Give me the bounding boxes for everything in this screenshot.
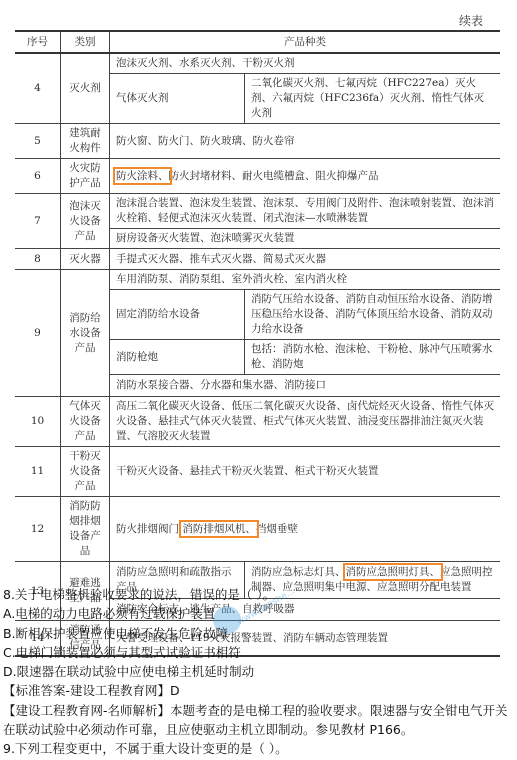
row-category: 消防给水设备产品: [61, 270, 110, 397]
header-product-types: 产品种类: [110, 31, 501, 53]
row-category: 消防防烟排烟设备产品: [61, 497, 110, 562]
row-category: 建筑耐火构件: [61, 124, 110, 159]
table-header-row: 序号 类别 产品种类: [15, 31, 500, 53]
product-cell: 干粉灭火设备、悬挂式干粉灭火装置、柜式干粉灭火装置: [110, 447, 501, 497]
answer-value: D: [170, 683, 180, 698]
table-row: 6 火灾防护产品 防火涂料、防火封堵材料、耐火电缆槽盒、阻火抑爆产品: [15, 159, 500, 194]
option-a: A.电梯的动力电路必须有过载保护装置: [3, 604, 515, 623]
row-category: 泡沫灭火设备产品: [61, 194, 110, 249]
product-cell: 防火排烟阀门 消防排烟风机、挡烟垂壁: [110, 497, 501, 562]
row-category: 干粉灭火设备产品: [61, 447, 110, 497]
header-category: 类别: [61, 31, 110, 53]
product-cell: 高压二氧化碳灭火设备、低压二氧化碳灭火设备、卤代烷烃灭火设备、惰性气体灭火设备、…: [110, 397, 501, 447]
product-subcategory: 消防枪炮: [110, 340, 245, 375]
option-b: B.断相保护装置应使电梯不发生危险故障: [3, 624, 515, 643]
highlighted-product: 消防应急照明灯具、: [346, 566, 441, 578]
table-row: 7 泡沫灭火设备产品 泡沫混合装置、泡沫发生装置、泡沫泵、专用阀门及附件、泡沫喷…: [15, 194, 500, 229]
product-cell: 消防气压给水设备、消防自动恒压给水设备、消防增压稳压给水设备、消防气体顶压给水设…: [245, 290, 501, 340]
table-row: 8 灭火器 手提式灭火器、推车式灭火器、简易式灭火器: [15, 249, 500, 270]
highlighted-product: 防火涂料、: [116, 170, 169, 182]
product-cell: 二氧化碳灭火剂、七氟丙烷（HFC227ea）灭火剂、六氟丙烷（HFC236fa）…: [245, 74, 501, 124]
highlighted-product: 消防排烟风机、: [182, 523, 256, 535]
product-text: 消防应急标志灯具、: [251, 566, 346, 578]
product-text: 防火封堵材料、耐火电缆槽盒、阻火抑爆产品: [169, 170, 379, 182]
product-cell: 防火窗、防火门、防火玻璃、防火卷帘: [110, 124, 501, 159]
row-number: 8: [15, 249, 61, 270]
table-row: 10 气体灭火设备产品 高压二氧化碳灭火设备、低压二氧化碳灭火设备、卤代烷烃灭火…: [15, 397, 500, 447]
row-number: 6: [15, 159, 61, 194]
product-cell: 厨房设备灭火装置、泡沫喷雾灭火装置: [110, 229, 501, 249]
row-category: 气体灭火设备产品: [61, 397, 110, 447]
product-text: 挡烟垂壁: [256, 523, 298, 535]
fire-products-table: 序号 类别 产品种类 4 灭火剂 泡沫灭火剂、水系灭火剂、干粉灭火剂 气体灭火剂…: [15, 30, 500, 657]
product-cell: 手提式灭火器、推车式灭火器、简易式灭火器: [110, 249, 501, 270]
product-cell: 车用消防泵、消防泵组、室外消火栓、室内消火栓: [110, 270, 501, 290]
table-row: 11 干粉灭火设备产品 干粉灭火设备、悬挂式干粉灭火装置、柜式干粉灭火装置: [15, 447, 500, 497]
product-cell: 包括：消防水枪、泡沫枪、干粉枪、脉冲气压喷雾水枪、消防炮: [245, 340, 501, 375]
product-text: 防火排烟阀门: [116, 523, 179, 535]
row-number: 5: [15, 124, 61, 159]
product-cell: 泡沫混合装置、泡沫发生装置、泡沫泵、专用阀门及附件、泡沫喷射装置、泡沫消火栓箱、…: [110, 194, 501, 229]
continuation-label: 续表: [459, 12, 483, 29]
product-subcategory: 固定消防给水设备: [110, 290, 245, 340]
analysis-paragraph: 【建设工程教育网-名师解析】本题考查的是电梯工程的验收要求。限速器与安全钳电气开…: [3, 701, 515, 740]
table-row: 9 消防给水设备产品 车用消防泵、消防泵组、室外消火栓、室内消火栓: [15, 270, 500, 290]
analysis-label: 【建设工程教育网-名师解析】: [3, 703, 170, 718]
product-cell: 消防水泵接合器、分水器和集水器、消防接口: [110, 375, 501, 397]
option-c: C.电梯门锁装置必须与其型式试验证书相符: [3, 643, 515, 662]
product-subcategory: 气体灭火剂: [110, 74, 245, 124]
question-9-stem: 9.下列工程变更中，不属于重大设计变更的是（ ）。: [3, 739, 515, 758]
product-cell: 防火涂料、防火封堵材料、耐火电缆槽盒、阻火抑爆产品: [110, 159, 501, 194]
question-8-stem: 8.关于电梯整机验收要求的说法，错误的是（ ）。: [3, 585, 515, 604]
row-category: 灭火剂: [61, 53, 110, 124]
question-section: 8.关于电梯整机验收要求的说法，错误的是（ ）。 A.电梯的动力电路必须有过载保…: [3, 585, 515, 759]
row-number: 7: [15, 194, 61, 249]
header-number: 序号: [15, 31, 61, 53]
row-number: 10: [15, 397, 61, 447]
row-number: 4: [15, 53, 61, 124]
row-category: 灭火器: [61, 249, 110, 270]
row-category: 火灾防护产品: [61, 159, 110, 194]
option-d: D.限速器在联动试验中应使电梯主机延时制动: [3, 662, 515, 681]
answer-label: 【标准答案-建设工程教育网】: [3, 683, 170, 698]
answer-line: 【标准答案-建设工程教育网】D: [3, 681, 515, 700]
product-cell: 泡沫灭火剂、水系灭火剂、干粉灭火剂: [110, 53, 501, 74]
row-number: 9: [15, 270, 61, 397]
table-row: 4 灭火剂 泡沫灭火剂、水系灭火剂、干粉灭火剂: [15, 53, 500, 74]
table-row: 12 消防防烟排烟设备产品 防火排烟阀门 消防排烟风机、挡烟垂壁: [15, 497, 500, 562]
table-row: 5 建筑耐火构件 防火窗、防火门、防火玻璃、防火卷帘: [15, 124, 500, 159]
row-number: 11: [15, 447, 61, 497]
row-number: 12: [15, 497, 61, 562]
